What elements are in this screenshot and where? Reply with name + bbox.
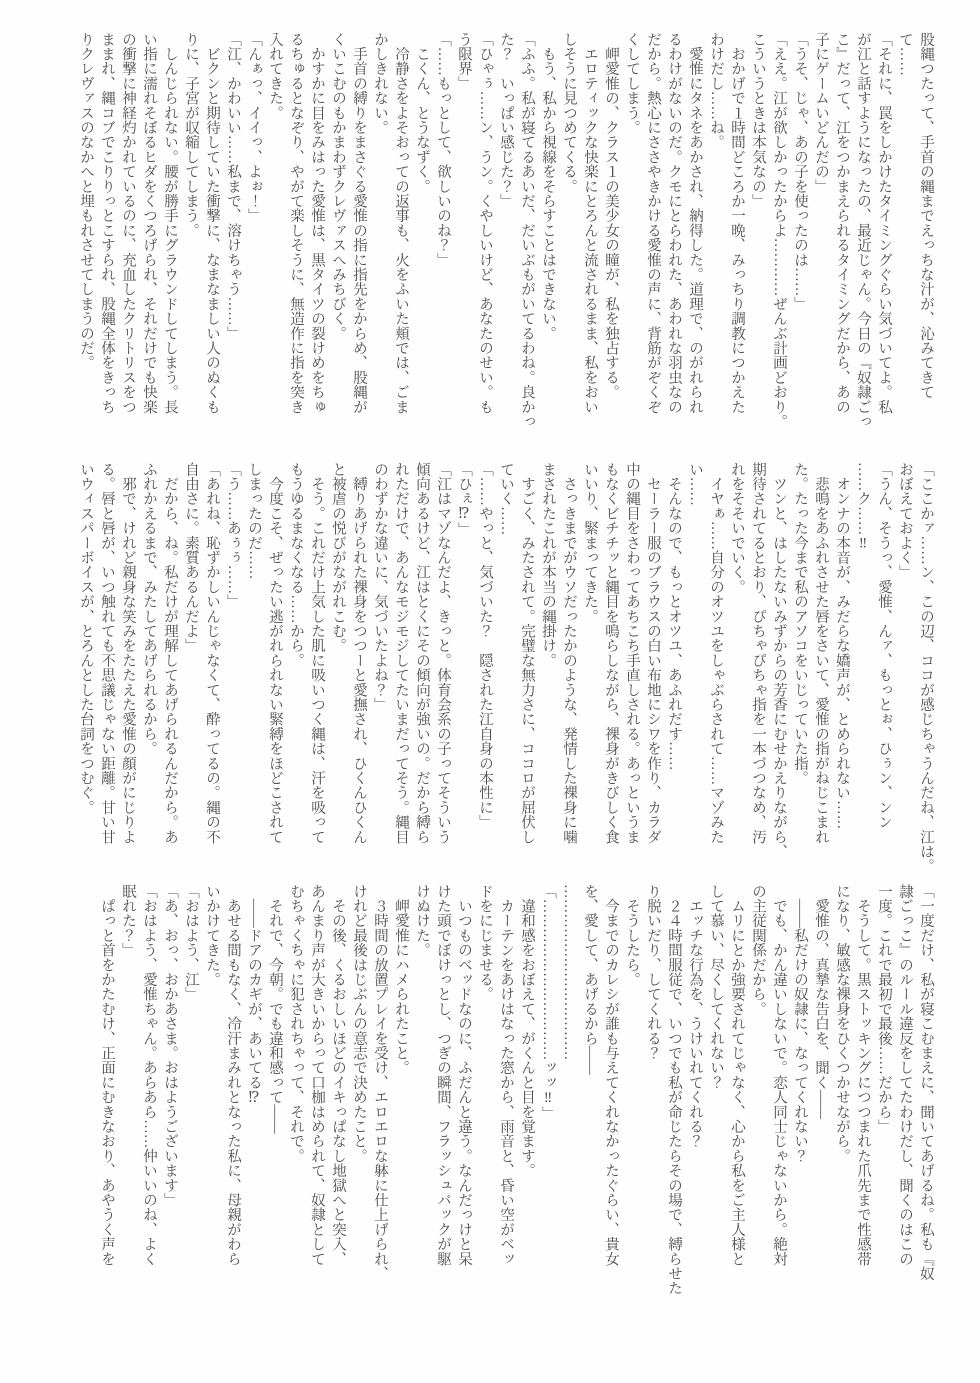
- text-line: こくん、とうなずく。: [411, 32, 432, 456]
- text-line: けぬけた。: [411, 884, 432, 1308]
- text-band-bottom: 「一度だけ、私が寝こむまえに、聞いてあげるね。私も『奴隷ごっこ』のルール違反をし…: [96, 884, 936, 1308]
- text-line: 傾向あるけど、江はとくにその傾向が強いの。だから縛ら: [411, 462, 432, 886]
- text-line: い指に濡れそぼるヒダをくつろげられ、それだけでも快楽: [138, 32, 159, 456]
- text-line: けれど最後はじぶんの意志で決めたこと。: [348, 884, 369, 1308]
- text-line: ふれかえるまで、みたしてあげられるから。: [138, 462, 159, 886]
- text-line: くいこむのもかまわずクレヴァスへみちびく。: [327, 32, 348, 456]
- text-line: が江と話すようになったの、最近じゃん。今日の『奴隷ごっ: [852, 32, 873, 456]
- text-line: のわずかな違いに、気づいたよね？」: [369, 462, 390, 886]
- text-line: れただけで、あんなモジモジしてたいまだってそう。縄目: [390, 462, 411, 886]
- text-line: さっきまでがウソだったかのような、発情した裸身に噛: [558, 462, 579, 886]
- text-line: 「おはよう、愛惟ちゃん。あらあら……仲いいのね、よく: [138, 884, 159, 1308]
- text-line: 「ふふ。私が寝てるあいだ、だいぶもがいてるわね。良かっ: [516, 32, 537, 456]
- text-line: そんなので、もっとオツユ、あふれだす……: [663, 462, 684, 886]
- text-line: ３時間の放置プレイを受け、エロエロな躰に仕上げられ、: [369, 884, 390, 1308]
- text-line: いかけてきた。: [201, 884, 222, 1308]
- text-line: セーラー服のブラウスの白い布地にシワを作り、カラダ: [642, 462, 663, 886]
- text-line: そう。これだけ上気した肌に吸いつく縄は、汗を吸って: [306, 462, 327, 886]
- text-line: になり、敏感な裸身をひくつかせながら。: [831, 884, 852, 1308]
- text-line: た？ いっぱい感じた？」: [495, 32, 516, 456]
- text-line: 「江、かわいい……私まで、溶けちゃう……」: [222, 32, 243, 456]
- text-line: れをそそいでいく。: [726, 462, 747, 886]
- text-line: 「一度だけ、私が寝こむまえに、聞いてあげるね。私も『奴: [915, 884, 936, 1308]
- text-line: いつものベッドなのに、ふだんと違う。なんだっけと呆: [453, 884, 474, 1308]
- text-line: わけだし……ね。: [705, 32, 726, 456]
- text-line: 「それに、罠をしかけたタイミングぐらい気づいてよ。私: [873, 32, 894, 456]
- text-line: ムリにとか強要されてじゃなく、心から私をご主人様と: [726, 884, 747, 1308]
- text-line: エッチな行為を、うけいれてくれる？: [684, 884, 705, 1308]
- text-line: カーテンをあけはなった窓から、雨音と、昏い空がベッ: [495, 884, 516, 1308]
- text-line: ていく……: [495, 462, 516, 886]
- text-line: ままれ、縄コブでこりりっとこすられ、股縄全体をきっち: [96, 32, 117, 456]
- text-line: 自由さに。素質あるんだよ」: [180, 462, 201, 886]
- text-line: 「うん、そうっ、愛惟、んァ、もっとぉ、ひぅン、ンン: [873, 462, 894, 886]
- text-line: 「あれね、恥ずかしいんじゃなくて、酔ってるの。縄の不: [201, 462, 222, 886]
- text-line: くしてしまう。: [621, 32, 642, 456]
- text-line: けた頭でぼけっとし、つぎの瞬間、フラッシュバックが駆: [432, 884, 453, 1308]
- text-line: るちゅるとなぞり、やがて楽しそうに、無造作に指を突き: [285, 32, 306, 456]
- text-line: り脱いだり、してくれる？: [642, 884, 663, 1308]
- text-line: て……: [894, 32, 915, 456]
- text-line: だから。熱心にささやきかける愛惟の声に、背筋がぞくぞ: [642, 32, 663, 456]
- text-line: まされたこれが本当の縄掛け。: [537, 462, 558, 886]
- text-line: 「江はマゾなんだよ、きっと。体育会系の子ってそういう: [432, 462, 453, 886]
- text-line: だから、ね。私だけが理解してあげられるんだから。あ: [159, 462, 180, 886]
- text-line: 愛惟にタネをあかされ、納得した。道理で、のがれられ: [684, 32, 705, 456]
- text-line: あせる間もなく、冷汗まみれとなった私に、母親がわら: [222, 884, 243, 1308]
- text-line: おかげで１時間どころか一晩、みっちり調教につかえた: [726, 32, 747, 456]
- text-line: そうしたら。: [621, 884, 642, 1308]
- text-line: る。唇と唇が、いつ触れても不思議じゃない距離。甘い甘: [96, 462, 117, 886]
- text-line: ……ク……‼: [852, 462, 873, 886]
- text-line: 邪で、けれど親身な笑みをたたえた愛惟の顔がにじりよ: [117, 462, 138, 886]
- text-line: それで、今朝。でも違和感って――: [264, 884, 285, 1308]
- text-line: イヤぁ……自分のオツユをしゃぶらされて……マゾみた: [705, 462, 726, 886]
- text-line: こういうときは本気なの」: [747, 32, 768, 456]
- text-line: 「おはよう、江」: [180, 884, 201, 1308]
- text-line: の主従関係だから。: [747, 884, 768, 1308]
- text-line: ぱっと首をかたむけ、正面にむきなおり、あやうく声を: [96, 884, 117, 1308]
- text-line: 「ひゃぅ……ン、うン。くやしいけど、あなたのせい。も: [474, 32, 495, 456]
- text-line: おぼえておよく」: [894, 462, 915, 886]
- text-line: して慕い、尽くしてくれない？: [705, 884, 726, 1308]
- scanned-novel-page: { "page": { "paper_color": "#fefefe", "i…: [0, 0, 980, 1383]
- text-line: ――私だけの奴隷に、なってくれない？: [789, 884, 810, 1308]
- text-line: 冷静さをよそおっての返事も、火をふいた頬では、ごま: [390, 32, 411, 456]
- text-line: 縛りあげられた裸身をつつーと愛撫され、ひくんひくん: [348, 462, 369, 886]
- text-line: もなくビチチッと縄目を鳴らしながら、裸身がきびしく食: [600, 462, 621, 886]
- text-line: い……: [684, 462, 705, 886]
- text-line: しそうに見つめてくる。: [558, 32, 579, 456]
- text-line: もう、私から視線をそらすことはできない。: [537, 32, 558, 456]
- text-line: しまったのだ……: [243, 462, 264, 886]
- text-line: かすかに目をみはった愛惟は、黒タイツの裂けめをちゅ: [306, 32, 327, 456]
- text-line: すごく、みたされて。完璧な無力さに、ココロが屈伏し: [516, 462, 537, 886]
- text-line: 悲鳴をあふれさせた唇をさいて、愛惟の指がねじこまれ: [810, 462, 831, 886]
- text-line: ドをにじませる。: [474, 884, 495, 1308]
- text-line: ２４時間服従で、いつでも私が命じたらその場で、縛らせた: [663, 884, 684, 1308]
- text-line: 「あ、おっ、おかあさま。おはようございます」: [159, 884, 180, 1308]
- text-line: た。たった今まで私のアソコをいじっていた指。: [789, 462, 810, 886]
- text-line: でも、かん違いしないで。恋人同士じゃないから。絶対: [768, 884, 789, 1308]
- text-line: 「う……あぅぅ……」: [222, 462, 243, 886]
- text-line: 中の縄目をさわってあちこち手直しされる。あっというま: [621, 462, 642, 886]
- text-line: しんじられない。腰が勝手にグラウンドしてしまう。長: [159, 32, 180, 456]
- text-line: 「うそ、じゃ、あの子を使ったのは……」: [789, 32, 810, 456]
- text-line: 入れてきた。: [264, 32, 285, 456]
- text-line: そうして。黒ストッキングにつつまれた爪先まで性感帯: [852, 884, 873, 1308]
- text-line: かしきれない。: [369, 32, 390, 456]
- text-line: ………………………………: [558, 884, 579, 1308]
- text-line: う限界」: [453, 32, 474, 456]
- text-line: 一度。これで最初で最後……だから」: [873, 884, 894, 1308]
- text-line: の衝撃に神経灼かれているのに、充血したクリトリスをつ: [117, 32, 138, 456]
- text-line: 岬愛惟の、クラス１の美少女の瞳が、私を独占する。: [600, 32, 621, 456]
- text-line: 子にゲームいどんだの」: [810, 32, 831, 456]
- text-line: りに、子宮が収縮してしまう。: [180, 32, 201, 456]
- text-line: 岬愛惟にハメられたこと。: [390, 884, 411, 1308]
- text-line: 「……もっとして、欲しいのね？」: [432, 32, 453, 456]
- text-line: 「ええ。江が欲しかったからよ…………ぜんぶ計画どおり。: [768, 32, 789, 456]
- text-line: を、愛して、あげるから――: [579, 884, 600, 1308]
- text-line: 眠れた？」: [117, 884, 138, 1308]
- text-line: 手首の縛りをまさぐる愛惟の指に指先をからめ、股縄が: [348, 32, 369, 456]
- text-line: と被虐の悦びがながれこむ。: [327, 462, 348, 886]
- text-line: 今度こそ、ぜったい逃がれられない緊縛をほどこされて: [264, 462, 285, 886]
- text-line: 隷ごっこ』のルール違反をしてたわけだし、聞くのはこの: [894, 884, 915, 1308]
- text-line: いウィスパーボイスが、とろんとした台詞をつむぐ。: [75, 462, 96, 886]
- text-line: 股縄つたって、手首の縄までえっちな汁が、沁みてきて: [915, 32, 936, 456]
- text-line: ビクンと期待していた衝撃に、なまなましい人のぬくも: [201, 32, 222, 456]
- text-line: もうゆるまなくなる……から。: [285, 462, 306, 886]
- text-band-middle: 「ここかァ……ン、この辺、ココが感じちゃうんだね、江は。おぼえておよく」「うん、…: [75, 462, 936, 886]
- text-line: 「……………………………ッッ‼」: [537, 884, 558, 1308]
- text-line: 今までのカレシが誰も与えてくれなかったぐらい、貴女: [600, 884, 621, 1308]
- text-line: 期待されてるとおり、ぴちゃぴちゃ指を一本づつなめ、汚: [747, 462, 768, 886]
- text-line: 違和感をおぼえて、がくんと目を覚ます。: [516, 884, 537, 1308]
- text-line: 「……やっと、気づいた？ 隠された江自身の本性に」: [474, 462, 495, 886]
- text-line: いいり、緊まってきた。: [579, 462, 600, 886]
- text-line: りクレヴァスのなかへと埋もれさせてしまうのだ。: [75, 32, 96, 456]
- text-line: こ』だって、江をつかまえられるタイミングだから、あの: [831, 32, 852, 456]
- page-background: 股縄つたって、手首の縄までえっちな汁が、沁みてきてて……「それに、罠をしかけたタ…: [0, 0, 980, 1383]
- text-line: 「ここかァ……ン、この辺、ココが感じちゃうんだね、江は。: [915, 462, 936, 886]
- text-line: 「ひぇ⁉」: [453, 462, 474, 886]
- text-line: むちゃくちゃに犯されちゃって、それで。: [285, 884, 306, 1308]
- text-line: その後、くるおしいほどのイキっぱなし地獄へと突入、: [327, 884, 348, 1308]
- text-line: あんまり声が大きいからって口枷はめられて、奴隷として: [306, 884, 327, 1308]
- text-line: 愛惟の、真摯な告白を、聞く――: [810, 884, 831, 1308]
- text-line: 「んぁっ、イイっ、よぉ！」: [243, 32, 264, 456]
- text-line: エロティックな快楽にとろんと流されるまま、私をおい: [579, 32, 600, 456]
- text-line: ――ドアのカギが、あいてる⁉: [243, 884, 264, 1308]
- text-line: るわけがないのだ。クモにとらわれた、あわれな羽虫なの: [663, 32, 684, 456]
- text-line: オンナの本音が、みだらな嬌声が、とめられない……: [831, 462, 852, 886]
- text-line: ツンと、はしたないみずからの芳香にむせかえりながら、: [768, 462, 789, 886]
- text-band-top: 股縄つたって、手首の縄までえっちな汁が、沁みてきてて……「それに、罠をしかけたタ…: [75, 32, 936, 456]
